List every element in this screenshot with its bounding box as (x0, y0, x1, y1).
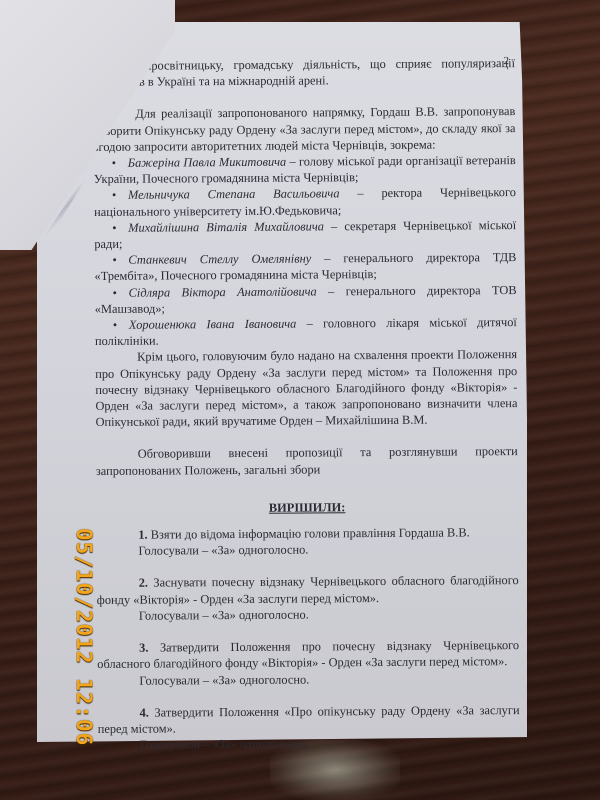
candidate-item: Сідляра Віктора Анатолійовича – генераль… (95, 282, 517, 317)
resolved-heading: ВИРІШИЛИ: (96, 498, 518, 517)
camera-timestamp: 05/10/2012 12:06 (72, 528, 96, 746)
resolution-item: 1. Взяти до відома інформацію голови пра… (96, 524, 518, 543)
page-number: 2 (503, 53, 509, 69)
resolution-item: 3. Затвердити Положення про почесну відз… (97, 637, 519, 672)
candidate-item: Хорошенюка Івана Івановича – головного л… (95, 314, 517, 349)
candidate-item: Мельничука Степана Васильовича – ректора… (94, 184, 516, 219)
intro-paragraph: ультурно-просвітницьку, громадську діяль… (93, 55, 515, 90)
candidate-item: Михайлішина Віталія Михайловича – секрет… (94, 217, 516, 252)
discussion-paragraph: Обговоривши внесені пропозиції та розгля… (96, 444, 518, 479)
resolution-item: 4. Затвердити Положення «Про опікунську … (98, 702, 520, 737)
candidate-item: Бажеріна Павла Микитовича – голову міськ… (94, 152, 516, 187)
vote-result: Голосували – «За» одноголосно. (98, 734, 520, 753)
approval-paragraph: Крім цього, головуючим було надано на сх… (95, 346, 518, 430)
candidate-item: Станкевич Стеллу Омелянівну – генерально… (94, 249, 516, 284)
resolution-item: 2. Заснувати почесну відзнаку Чернівецьк… (97, 573, 519, 608)
proposal-paragraph: Для реалізації запропонованого напрямку,… (93, 103, 515, 155)
document-text: 2 ультурно-просвітницьку, громадську дія… (93, 55, 520, 753)
